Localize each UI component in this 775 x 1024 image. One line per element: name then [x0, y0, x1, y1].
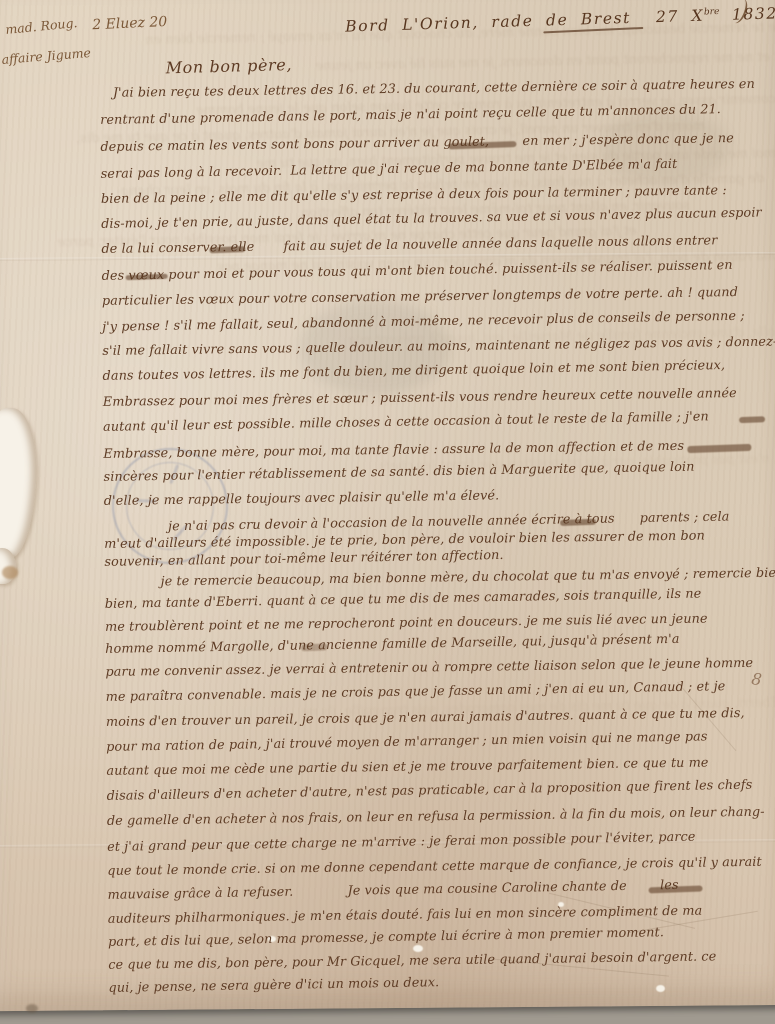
letter-line: dans toutes vos lettres. ils me font du … [102, 358, 725, 384]
annotation-number-note: 2 Eluez 20 [92, 14, 168, 33]
letter-line: qui, je pense, ne sera guère d'ici un mo… [108, 975, 439, 996]
letter-line: Embrassez pour moi mes frères et sœur ; … [103, 386, 737, 410]
scanned-letter-page: { "annotations": { "recipient_note": "ma… [0, 0, 775, 1024]
letter-line: d'elle, je me rappelle toujours avec pla… [104, 488, 500, 509]
letter-line: je te remercie beaucoup, ma bien bonne m… [160, 565, 775, 589]
letter-line: mauvaise grâce à la refuser. Je vois que… [107, 878, 678, 903]
bleed-through-line: me troublèrent point et ne me reprochero… [316, 47, 775, 74]
letter-line: auditeurs philharmoniques. je m'en étais… [108, 904, 703, 927]
letter-line: que tout le monde crie. si on me donne c… [107, 855, 762, 879]
letter-line: me troublèrent point et ne me reprochero… [105, 611, 708, 634]
letter-line: paru me convenir assez. je verrai à entr… [105, 656, 753, 680]
letter-line: ce que tu me dis, bon père, pour Mr Gicq… [108, 949, 716, 972]
letter-line: homme nommé Margolle, d'une ancienne fam… [105, 632, 680, 657]
letter-line: autant qu'il leur est possible. mille ch… [103, 409, 709, 435]
letter-line: autant que moi me cède une partie du sie… [106, 755, 708, 778]
letter-line: part, et dis lui que, selon ma promesse,… [108, 925, 664, 950]
annotation-subject-note: affaire Jigume [1, 45, 91, 67]
dateline-day: 27 X [631, 7, 705, 27]
annotation-recipient-note: mad. Roug. [5, 15, 78, 37]
letter-line: de gamelle d'en acheter à nos frais, on … [107, 805, 765, 829]
letter-line: et j'ai grand peur que cette charge ne m… [107, 830, 696, 855]
letter-line: pour ma ration de pain, j'ai trouvé moye… [106, 729, 708, 754]
letter-line: disais d'ailleurs d'en acheter d'autre, … [107, 778, 753, 804]
salutation: Mon bon père, [165, 55, 292, 77]
handwriting-layer: je te remercie beaucoup, ma bien bonne m… [0, 0, 775, 1024]
letter-line: souvenir, en allant pour toi-même leur r… [104, 548, 503, 570]
ink-scribble [739, 416, 765, 423]
dateline-month-suffix: bre [704, 7, 720, 17]
marginal-figure: 8 [750, 669, 763, 689]
ink-scribble [560, 519, 596, 526]
ink-scribble [301, 643, 327, 651]
letter-line: particulier les vœux pour votre conserva… [102, 285, 738, 309]
letter-line: moins d'en trouver un pareil, je crois q… [106, 706, 745, 730]
ink-scribble [648, 885, 702, 893]
letter-line: bien, ma tante d'Eberri. quant à ce que … [105, 586, 702, 611]
